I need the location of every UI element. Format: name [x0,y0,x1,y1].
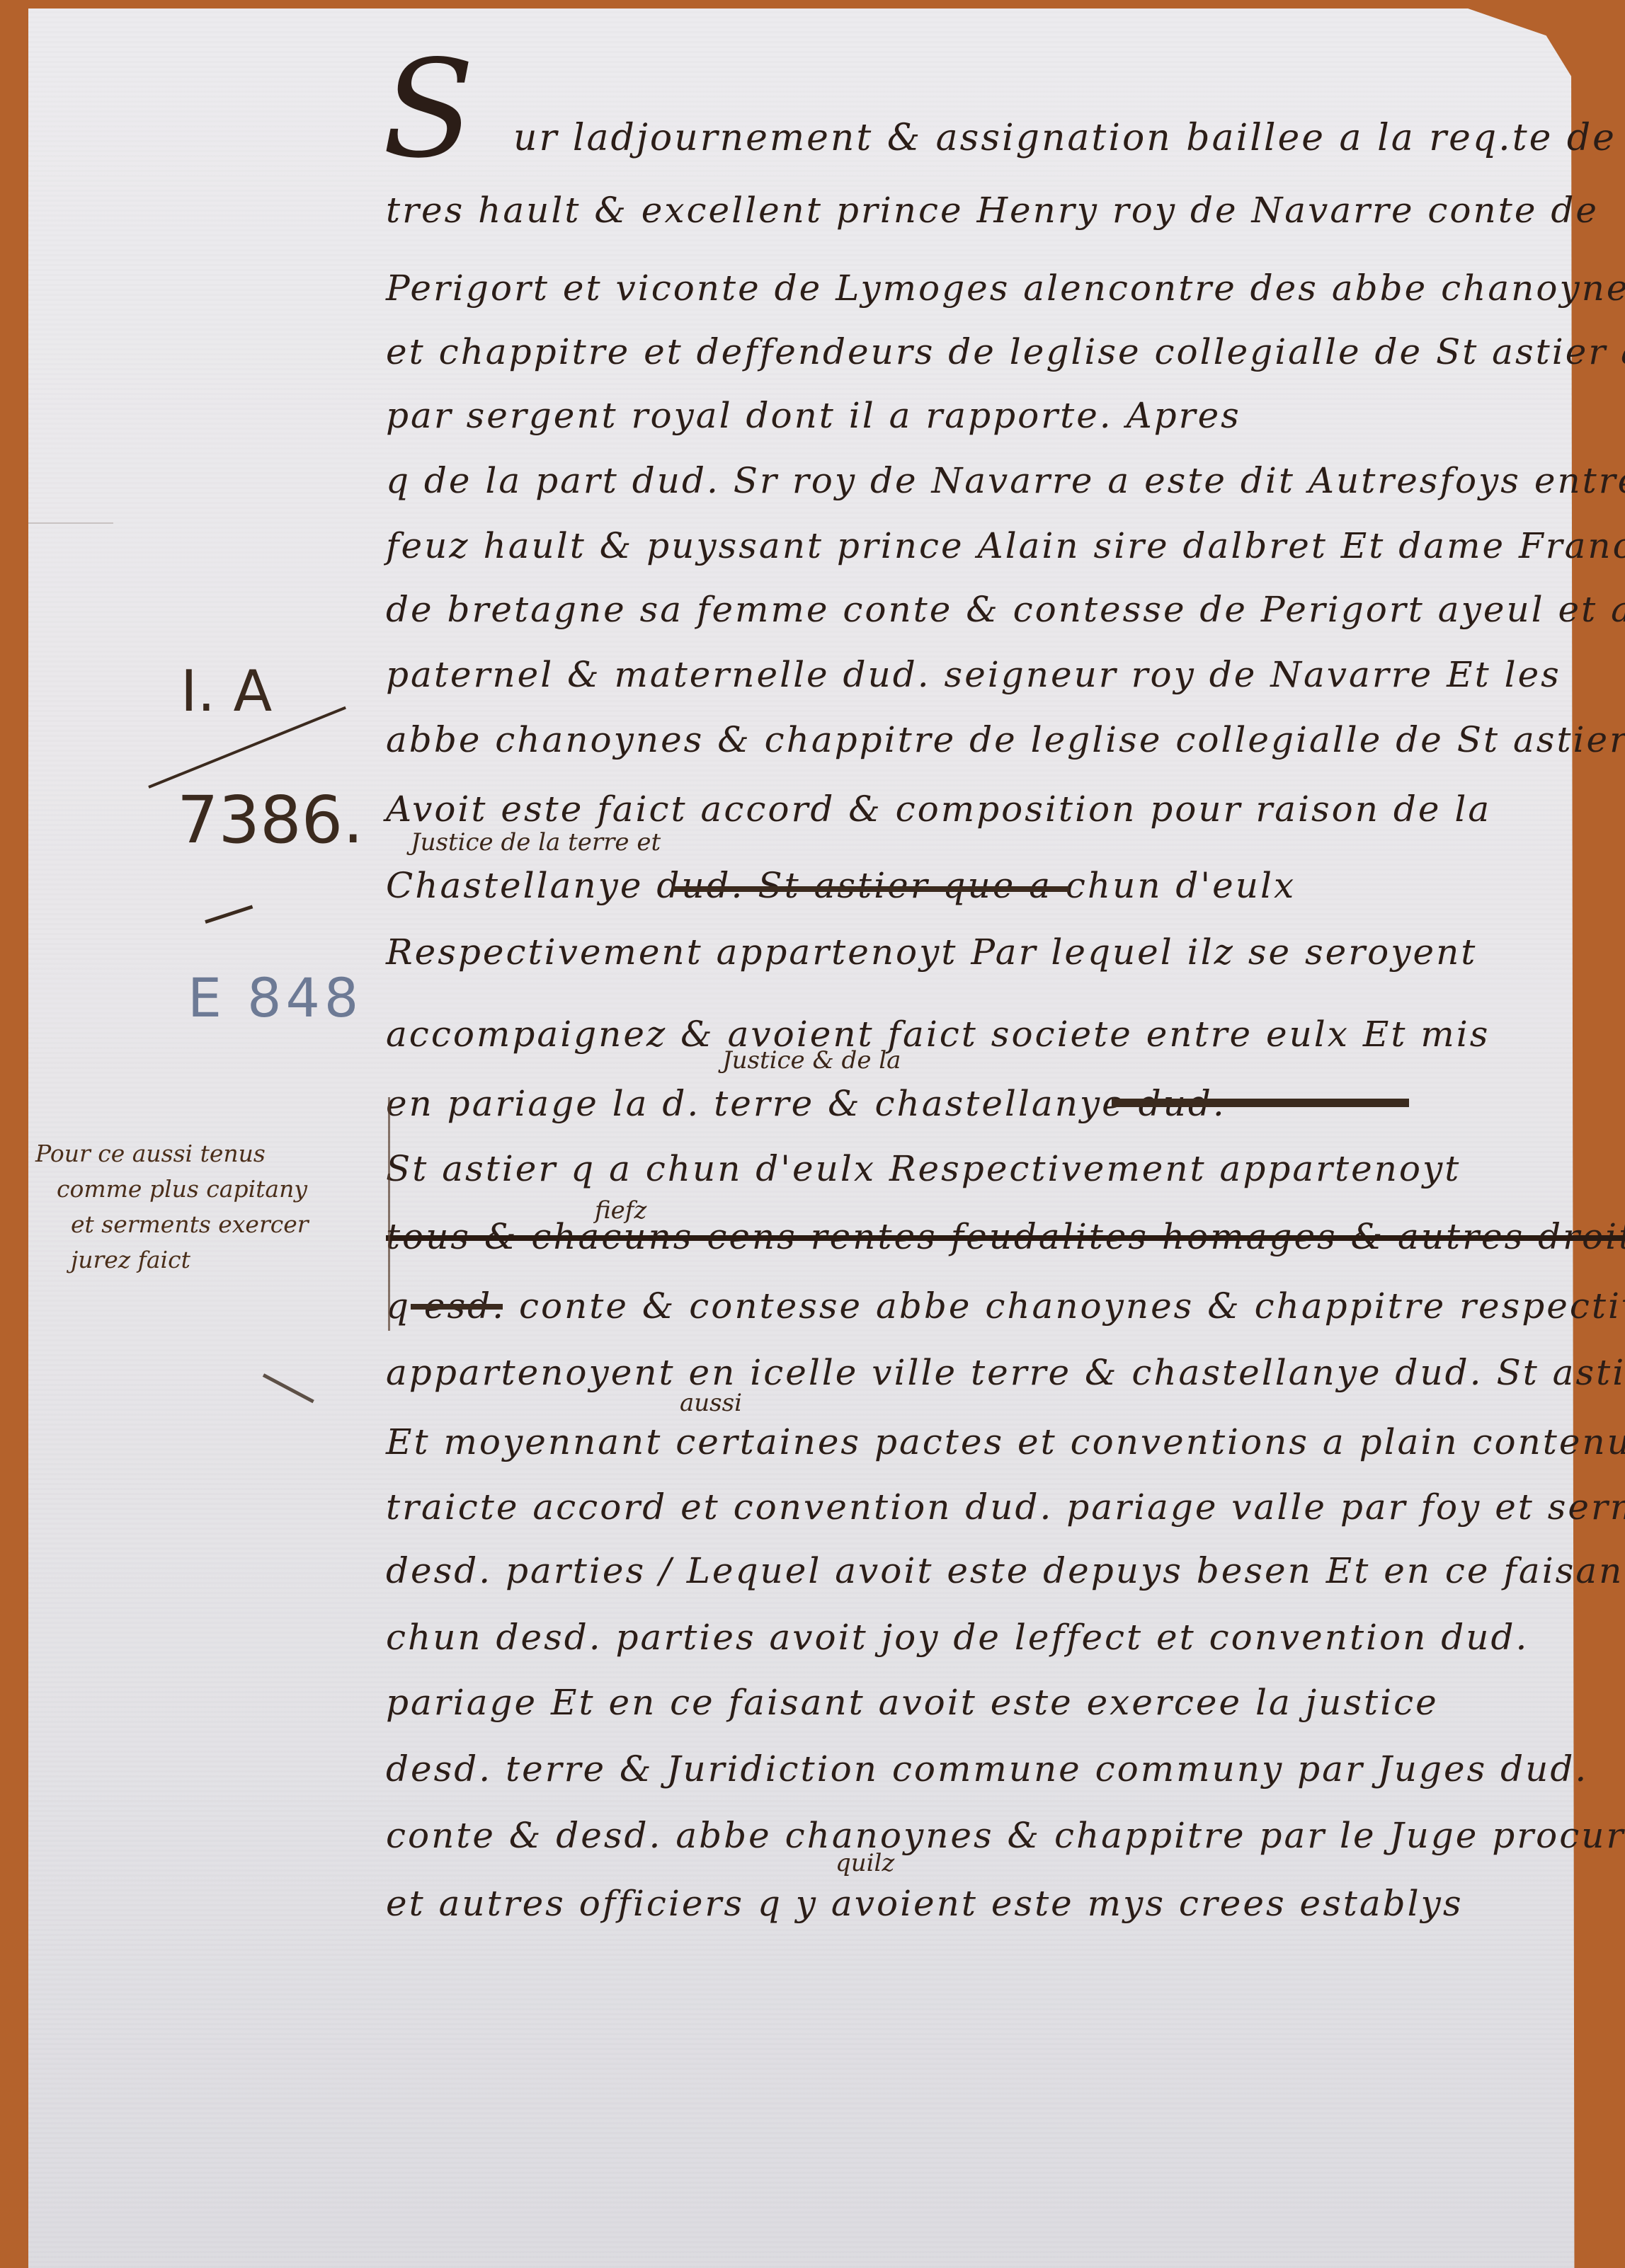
text-line-21: traicte accord et convention dud. pariag… [386,1487,1625,1528]
text-line-6: q de la part dud. Sr roy de Navarre a es… [386,460,1625,501]
margin-note-line-4: jurez faict [71,1246,190,1273]
text-line-1: ur ladjournement & assignation baillee a… [513,117,1617,159]
text-line-25: desd. terre & Juridiction commune commun… [386,1748,1588,1789]
insertion-aussi: aussi [680,1389,742,1417]
text-line-26: conte & desd. abbe chanoynes & chappitre… [386,1815,1625,1856]
margin-note-line-1: Pour ce aussi tenus [35,1140,266,1167]
text-line-4: et chappitre et deffendeurs de leglise c… [386,331,1625,372]
text-line-5: par sergent royal dont il a rapporte. Ap… [386,395,1241,436]
text-line-24: pariage Et en ce faisant avoit este exer… [386,1682,1439,1723]
text-line-9: paternel & maternelle dud. seigneur roy … [386,654,1561,695]
text-line-16: St astier q a chun d'eulx Respectivement… [386,1148,1461,1189]
text-line-13: Respectivement appartenoyt Par lequel il… [386,932,1477,973]
text-line-18: q esd. conte & contesse abbe chanoynes &… [386,1285,1625,1327]
margin-reference-top: I. A [181,658,272,724]
insertion-justice-2: Justice & de la [722,1046,901,1075]
text-line-27: et autres officiers q y avoient este mys… [386,1883,1464,1924]
text-line-3: Perigort et viconte de Lymoges alencontr… [386,268,1625,309]
text-line-20: Et moyennant certaines pactes et convent… [386,1421,1625,1462]
text-line-11: Avoit este faict accord & composition po… [386,789,1491,830]
margin-note-line-3: et serments exercer [71,1210,309,1238]
decorated-initial: S [382,42,474,177]
text-line-14: accompaignez & avoient faict societe ent… [386,1014,1490,1055]
text-line-8: de bretagne sa femme conte & contesse de… [386,589,1625,630]
strikethrough [673,886,1069,892]
text-line-10: abbe chanoynes & chappitre de leglise co… [386,719,1625,760]
strikethrough [411,1304,503,1310]
fold-crease [28,522,113,524]
text-line-12: Chastellanye dud. St astier que a chun d… [386,865,1296,906]
margin-rule [388,1097,390,1331]
margin-note-line-2: comme plus capitany [57,1175,307,1203]
insertion-quilz: quilz [836,1849,894,1877]
text-line-17: tous & chacuns cens rentes feudalites ho… [386,1216,1625,1257]
margin-reference-number: 7386. [177,782,363,858]
text-line-19: appartenoyent en icelle ville terre & ch… [386,1352,1625,1393]
archive-stamp: E 848 [188,966,363,1029]
text-line-2: tres hault & excellent prince Henry roy … [386,190,1599,231]
strikethrough [1112,1099,1409,1107]
insertion-justice: Justice de la terre et [411,828,661,857]
text-line-23: chun desd. parties avoit joy de leffect … [386,1617,1529,1658]
text-line-7: feuz hault & puyssant prince Alain sire … [386,525,1625,566]
text-line-15: en pariage la d. terre & chastellanye du… [386,1083,1226,1124]
text-line-22: desd. parties / Lequel avoit este depuys… [386,1550,1625,1591]
